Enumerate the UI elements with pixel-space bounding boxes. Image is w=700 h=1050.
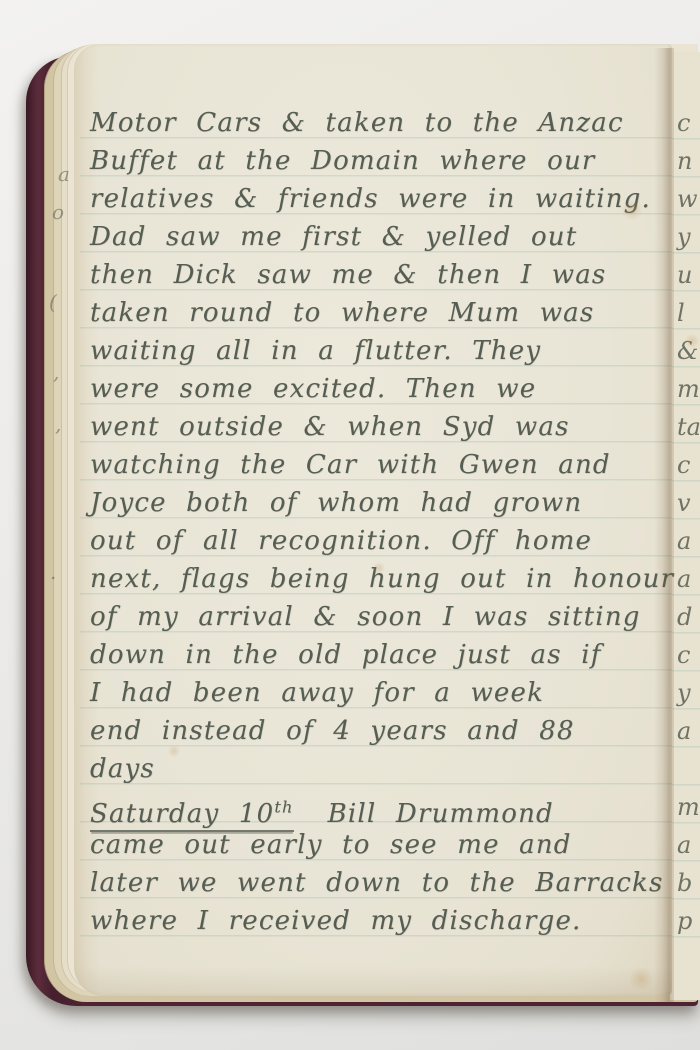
stray-ink-mark: o (52, 200, 64, 224)
stray-ink-mark: ( (49, 290, 57, 314)
stray-ink-mark: , (53, 360, 59, 384)
handwriting-line: I had been away for a week (90, 674, 660, 712)
next-page-text-fragments: c n w y u l & m ta c v a a d c y a m a b… (677, 104, 700, 940)
foxing-spot (628, 968, 654, 990)
handwriting-line: Dad saw me first & yelled out (90, 218, 660, 256)
handwriting-line: Joyce both of whom had grown (90, 484, 660, 522)
photographed-diary-scene: c n w y u l & m ta c v a a d c y a m a b… (0, 0, 700, 1050)
handwriting-line: Buffet at the Domain where our (90, 142, 660, 180)
handwriting-line: end instead of 4 years and 88 (90, 712, 660, 750)
entry-heading-rest: Bill Drummond (328, 799, 554, 829)
handwriting-line: Motor Cars & taken to the Anzac (90, 104, 660, 142)
handwriting-line: out of all recognition. Off home (90, 522, 660, 560)
handwriting-line: where I received my discharge. (90, 902, 660, 940)
stray-ink-mark: , (55, 412, 61, 436)
handwriting-line: down in the old place just as if (90, 636, 660, 674)
handwriting-line: came out early to see me and (90, 826, 660, 864)
next-page-edge: c n w y u l & m ta c v a a d c y a m a b… (670, 52, 700, 1000)
handwriting-line: next, flags being hung out in honour (90, 560, 660, 598)
handwriting-block: Motor Cars & taken to the Anzac Buffet a… (90, 104, 660, 940)
handwriting-line: went outside & when Syd was (90, 408, 660, 446)
diary-page: Motor Cars & taken to the Anzac Buffet a… (74, 44, 672, 996)
handwriting-line: were some excited. Then we (90, 370, 660, 408)
handwriting-line-entry-heading: Saturday 10thBill Drummond (90, 788, 660, 826)
stray-ink-mark: . (50, 560, 56, 584)
stray-ink-mark: a (58, 162, 70, 186)
handwriting-line: later we went down to the Barracks (90, 864, 660, 902)
date-ordinal-suffix: th (274, 797, 293, 816)
handwriting-line: waiting all in a flutter. They (90, 332, 660, 370)
handwriting-line: watching the Car with Gwen and (90, 446, 660, 484)
handwriting-line: relatives & friends were in waiting. (90, 180, 660, 218)
handwriting-line: taken round to where Mum was (90, 294, 660, 332)
handwriting-line: days (90, 750, 660, 788)
handwriting-line: then Dick saw me & then I was (90, 256, 660, 294)
handwriting-line: of my arrival & soon I was sitting (90, 598, 660, 636)
